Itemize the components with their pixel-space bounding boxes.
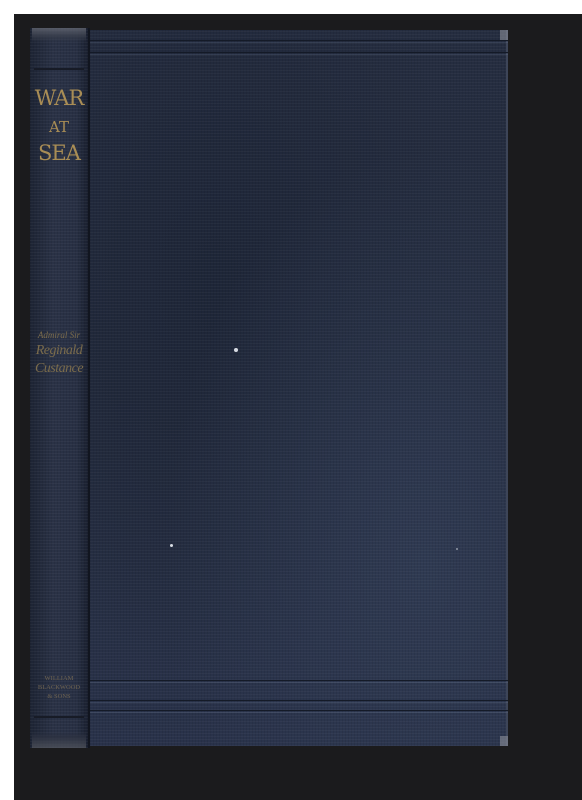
corner-wear [500, 30, 508, 40]
spine-top-wear [32, 28, 86, 42]
blind-rule [90, 702, 508, 703]
spine-publisher-line: WILLIAM [30, 674, 88, 683]
corner-wear [500, 736, 508, 746]
blind-rule [90, 682, 508, 683]
spine-publisher-line: & SONS [30, 692, 88, 701]
cover-speck [170, 544, 173, 547]
spine-band [34, 716, 84, 718]
blind-rule [90, 54, 508, 55]
blind-rule [90, 42, 508, 43]
spine-author-line: Reginald [30, 343, 88, 359]
spine-bottom-wear [32, 732, 86, 748]
cover-speck [234, 348, 238, 352]
cover-speck [456, 548, 458, 550]
blind-rule [90, 712, 508, 713]
blind-rule [90, 40, 508, 41]
blind-rule [90, 700, 508, 701]
spine-publisher-line: BLACKWOOD [30, 683, 88, 692]
blind-rule [90, 710, 508, 711]
spine-title-line: SEA [30, 141, 88, 165]
spine-author-line: Custance [30, 361, 88, 377]
spine-author-line: Admiral Sir [30, 330, 88, 340]
blind-rule [90, 52, 508, 53]
book: WAR AT SEA Admiral Sir Reginald Custance… [30, 28, 508, 748]
spine-title-line: WAR [30, 86, 88, 110]
spine-title-line: AT [30, 118, 88, 136]
blind-rule [90, 680, 508, 681]
spine-band [34, 68, 84, 70]
front-cover [90, 30, 508, 746]
book-spine: WAR AT SEA Admiral Sir Reginald Custance… [30, 28, 90, 748]
